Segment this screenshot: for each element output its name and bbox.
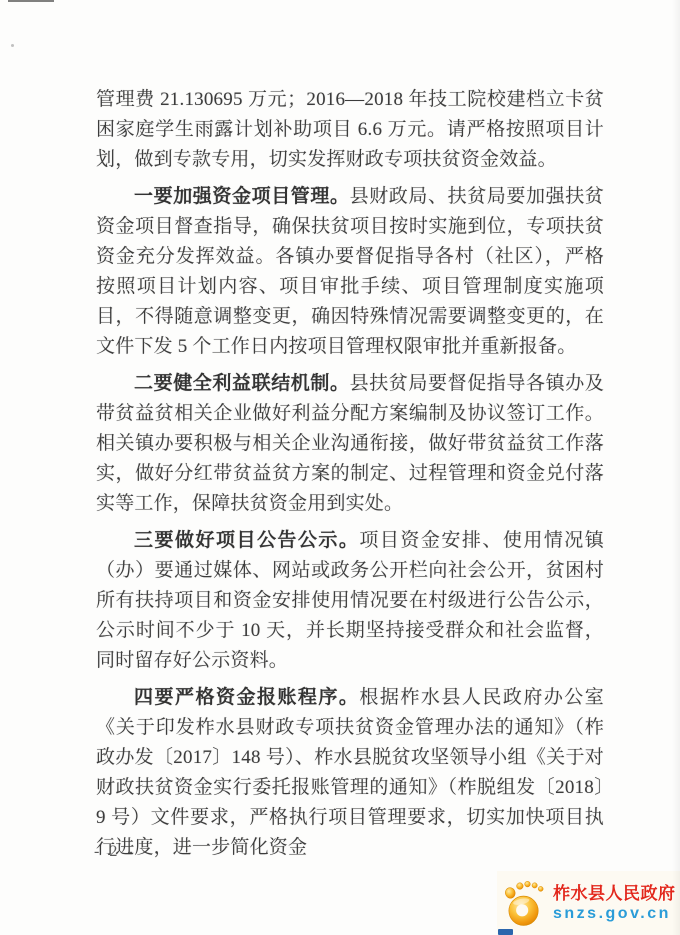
paragraph-text: 根据柞水县人民政府办公室《关于印发柞水县财政专项扶贫资金管理办法的通知》（柞政办… [96,687,604,858]
paragraph: 四要严格资金报账程序。根据柞水县人民政府办公室《关于印发柞水县财政专项扶贫资金管… [96,683,604,863]
paragraph-lead: 四要严格资金报账程序。 [134,687,359,708]
paragraph: 一要加强资金项目管理。县财政局、扶贫局要加强扶贫资金项目督查指导，确保扶贫项目按… [96,182,604,362]
site-logo[interactable]: 柞水县人民政府 snzs.gov.cn [497,871,680,935]
site-url-link[interactable]: snzs.gov.cn [553,904,676,924]
paragraph: 二要健全利益联结机制。县扶贫局要督促指导各镇办及带贫益贫相关企业做好利益分配方案… [96,369,604,519]
paragraph-text: 县财政局、扶贫局要加强扶贫资金项目督查指导，确保扶贫项目按时实施到位，专项扶贫资… [96,186,604,357]
page-edge-shading [672,0,680,935]
footprint-icon [502,879,546,927]
paragraph: 三要做好项目公告公示。项目资金安排、使用情况镇（办）要通过媒体、网站或政务公开栏… [96,526,604,676]
document-body: 管理费 21.130695 万元；2016—2018 年技工院校建档立卡贫困家庭… [96,85,604,863]
paragraph-lead: 二要健全利益联结机制。 [134,373,350,394]
document-page: 管理费 21.130695 万元；2016—2018 年技工院校建档立卡贫困家庭… [0,0,680,935]
paragraph-text: 项目资金安排、使用情况镇（办）要通过媒体、网站或政务公开栏向社会公开，贫困村所有… [96,530,604,671]
page-number: - 2 - [94,843,136,861]
paragraph-lead: 一要加强资金项目管理。 [134,186,350,207]
scan-artifact-line [8,0,54,2]
site-logo-text: 柞水县人民政府 snzs.gov.cn [553,883,676,924]
scan-artifact-dot [11,44,14,47]
paragraph-text: 县扶贫局要督促指导各镇办及带贫益贫相关企业做好利益分配方案编制及协议签订工作。相… [96,373,604,514]
scan-artifact-blue-strip [498,929,513,935]
paragraph-lead: 三要做好项目公告公示。 [134,530,359,551]
paragraph-text: 管理费 21.130695 万元；2016—2018 年技工院校建档立卡贫困家庭… [96,89,604,170]
paragraph: 管理费 21.130695 万元；2016—2018 年技工院校建档立卡贫困家庭… [96,85,604,175]
site-name: 柞水县人民政府 [553,883,676,904]
